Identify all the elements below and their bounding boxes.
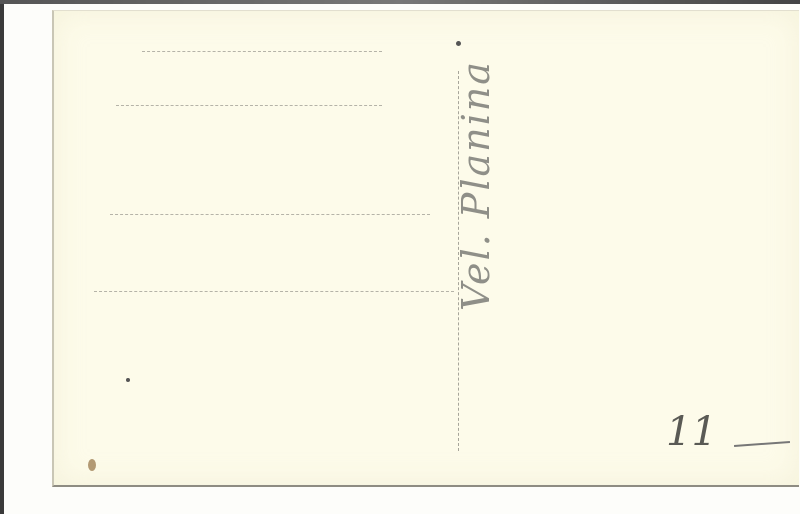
message-line-4 [94, 291, 454, 292]
divider-top-mark [456, 41, 461, 46]
scan-edge-left [0, 0, 4, 514]
stain-spot [88, 459, 96, 471]
handwritten-dash [734, 441, 790, 447]
handwritten-number: 11 [666, 409, 717, 455]
message-line-2 [116, 105, 382, 106]
scan-edge-top [0, 0, 800, 4]
ink-speck [126, 378, 130, 382]
postcard-back: Vel. Planina 11 [52, 10, 799, 487]
handwritten-place-name: Vel. Planina [454, 60, 498, 311]
message-line-3 [110, 214, 430, 215]
message-line-1 [142, 51, 382, 52]
